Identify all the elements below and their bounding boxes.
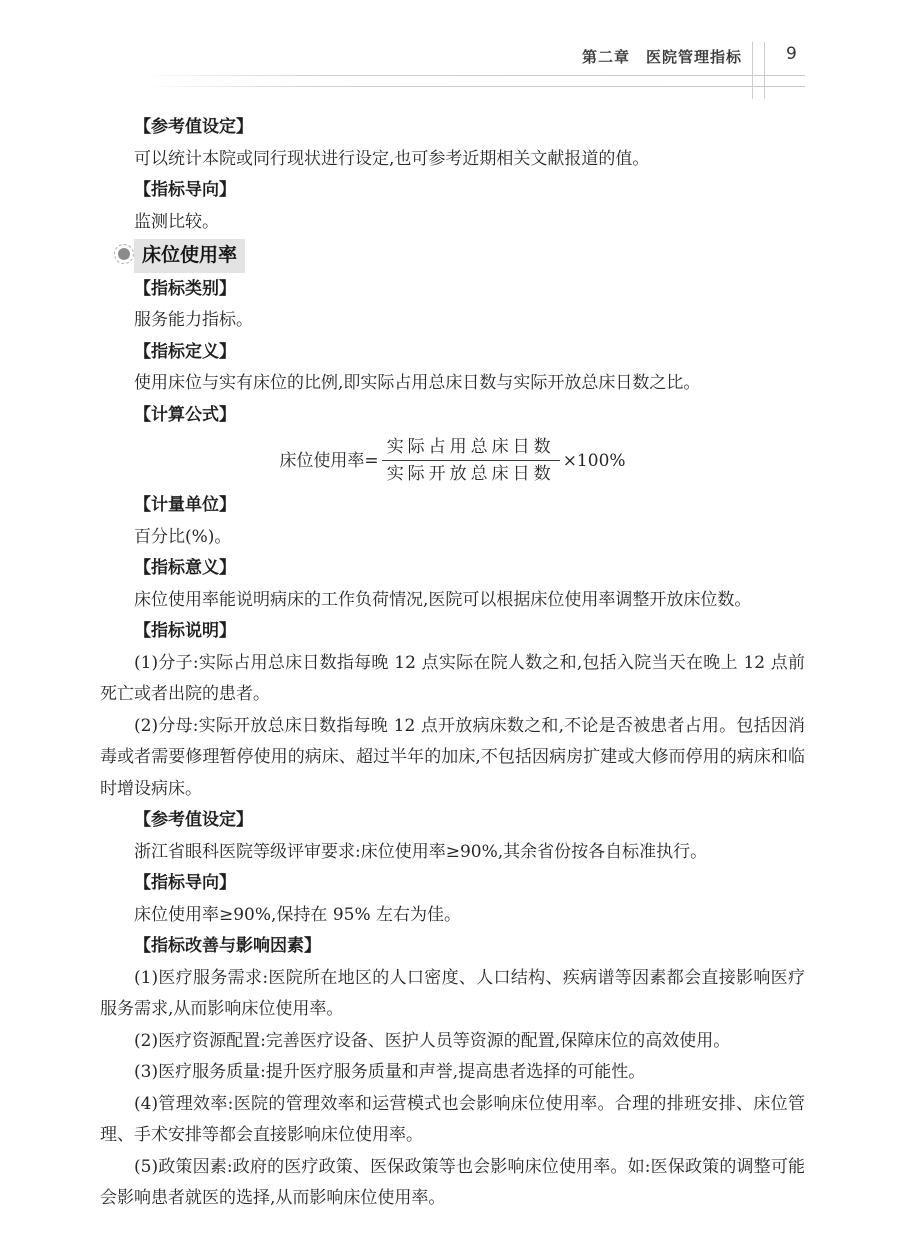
formula: 床位使用率=实际占用总床日数实际开放总床日数×100%: [100, 436, 805, 485]
indicator-bullet-icon: [114, 244, 134, 264]
section-heading: 【指标改善与影响因素】: [100, 931, 805, 963]
paragraph: 床位使用率能说明病床的工作负荷情况,医院可以根据床位使用率调整开放床位数。: [100, 585, 805, 617]
page-number: 9: [786, 44, 797, 64]
indicator-title-row: 床位使用率: [100, 240, 805, 272]
section-heading: 【计算公式】: [100, 400, 805, 432]
paragraph: (3)医疗服务质量:提升医疗服务质量和声誉,提高患者选择的可能性。: [100, 1057, 805, 1089]
paragraph: (4)管理效率:医院的管理效率和运营模式也会影响床位使用率。合理的排班安排、床位…: [100, 1089, 805, 1152]
formula-lhs: 床位使用率=: [279, 450, 378, 472]
paragraph: (5)政策因素:政府的医疗政策、医保政策等也会影响床位使用率。如:医保政策的调整…: [100, 1152, 805, 1215]
section-heading: 【指标定义】: [100, 337, 805, 369]
paragraph: 床位使用率≥90%,保持在 95% 左右为佳。: [100, 900, 805, 932]
section-heading: 【指标导向】: [100, 175, 805, 207]
header-vertical-rule-right: [764, 42, 765, 99]
paragraph: 使用床位与实有床位的比例,即实际占用总床日数与实际开放总床日数之比。: [100, 368, 805, 400]
formula-numerator: 实际占用总床日数: [382, 436, 560, 461]
header-rule-bottom: [140, 86, 805, 87]
paragraph: 监测比较。: [100, 207, 805, 239]
header-rule-top: [140, 75, 805, 76]
formula-fraction: 实际占用总床日数实际开放总床日数: [382, 436, 560, 485]
paragraph: 可以统计本院或同行现状进行设定,也可参考近期相关文献报道的值。: [100, 144, 805, 176]
formula-denominator: 实际开放总床日数: [382, 461, 560, 485]
paragraph: 百分比(%)。: [100, 522, 805, 554]
paragraph: 服务能力指标。: [100, 305, 805, 337]
section-heading: 【参考值设定】: [100, 112, 805, 144]
section-heading: 【指标意义】: [100, 553, 805, 585]
section-heading: 【指标说明】: [100, 616, 805, 648]
paragraph: 浙江省眼科医院等级评审要求:床位使用率≥90%,其余省份按各自标准执行。: [100, 837, 805, 869]
page-body: 【参考值设定】可以统计本院或同行现状进行设定,也可参考近期相关文献报道的值。【指…: [100, 112, 805, 1215]
indicator-title: 床位使用率: [134, 239, 245, 274]
section-heading: 【参考值设定】: [100, 805, 805, 837]
formula-multiplier: ×100%: [563, 450, 626, 472]
paragraph: (2)医疗资源配置:完善医疗设备、医护人员等资源的配置,保障床位的高效使用。: [100, 1026, 805, 1058]
book-page: 第二章 医院管理指标 9 【参考值设定】可以统计本院或同行现状进行设定,也可参考…: [0, 0, 900, 1245]
paragraph: (1)医疗服务需求:医院所在地区的人口密度、人口结构、疾病谱等因素都会直接影响医…: [100, 963, 805, 1026]
bullet-dot-icon: [118, 248, 130, 260]
paragraph: (1)分子:实际占用总床日数指每晚 12 点实际在院人数之和,包括入院当天在晚上…: [100, 648, 805, 711]
running-head-chapter: 第二章 医院管理指标: [582, 46, 742, 67]
section-heading: 【指标导向】: [100, 868, 805, 900]
paragraph: (2)分母:实际开放总床日数指每晚 12 点开放病床数之和,不论是否被患者占用。…: [100, 711, 805, 806]
section-heading: 【指标类别】: [100, 274, 805, 306]
header-vertical-rule-left: [752, 42, 753, 99]
section-heading: 【计量单位】: [100, 490, 805, 522]
